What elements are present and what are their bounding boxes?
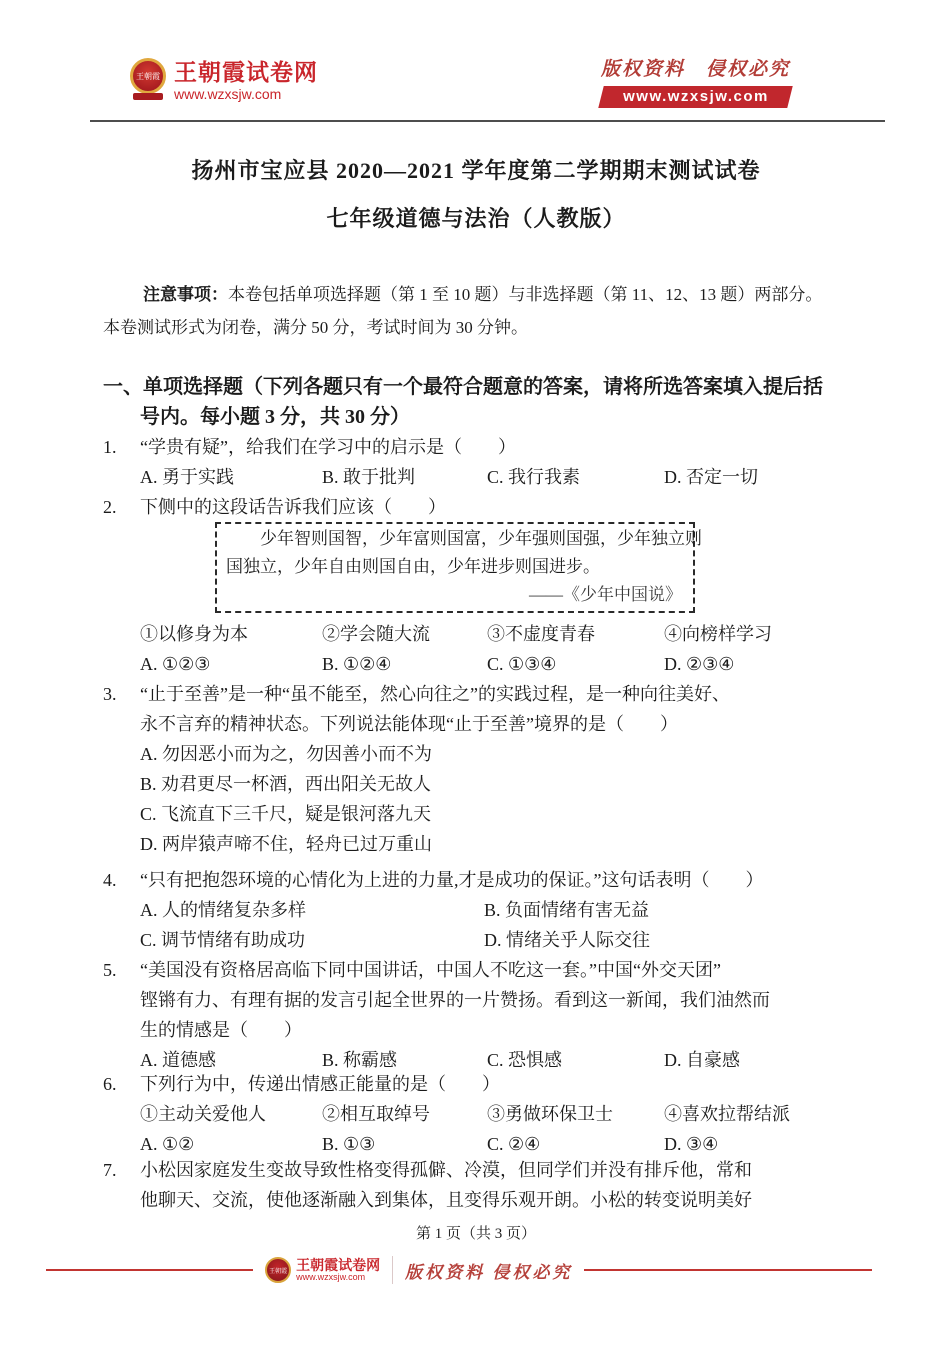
footer-logo: 王朝霞 王朝霞试卷网 www.wzxsjw.com xyxy=(265,1257,380,1283)
question-5-stem-line-2: 铿锵有力、有理有据的发言引起全世界的一片赞扬。看到这一新闻，我们油然而 xyxy=(103,985,875,1015)
quote-line-2: 国独立，少年自由则国自由，少年进步则国进步。 xyxy=(226,553,684,581)
footer-rule-right xyxy=(584,1269,872,1271)
section-1-heading: 一、单项选择题（下列各题只有一个最符合题意的答案，请将所选答案填入提后括 号内。… xyxy=(103,372,875,432)
notice-label: 注意事项： xyxy=(143,285,228,304)
footer-site-name: 王朝霞试卷网 xyxy=(296,1258,380,1273)
question-7-stem-line-2: 他聊天、交流，使他逐渐融入到集体，且变得乐观开朗。小松的转变说明美好 xyxy=(103,1185,875,1215)
question-7-stem: 7. 小松因家庭发生变故导致性格变得孤僻、冷漠，但同学们并没有排斥他，常和 xyxy=(103,1155,875,1185)
footer-site-url: www.wzxsjw.com xyxy=(296,1273,380,1282)
option-b: B. 负面情绪有害无益 xyxy=(484,895,875,925)
item-4: ④喜欢拉帮结派 xyxy=(664,1099,875,1129)
question-1-stem: 1. “学贵有疑”，给我们在学习中的启示是（ ） xyxy=(103,432,875,462)
question-2-items: ①以修身为本 ②学会随大流 ③不虚度青春 ④向榜样学习 xyxy=(103,619,875,649)
option-d: D. 否定一切 xyxy=(664,462,875,492)
question-2-options: A. ①②③ B. ①②④ C. ①③④ D. ②③④ xyxy=(103,649,875,679)
option-c: C. 我行我素 xyxy=(487,462,664,492)
option-a: A. ①②③ xyxy=(140,649,322,679)
option-d: D. 情绪关乎人际交往 xyxy=(484,925,875,955)
question-number: 7. xyxy=(103,1155,140,1185)
question-number: 3. xyxy=(103,679,140,709)
option-c: C. 恐惧感 xyxy=(487,1045,664,1075)
question-4-options-row-2: C. 调节情绪有助成功 D. 情绪关乎人际交往 xyxy=(103,925,875,955)
question-6-items: ①主动关爱他人 ②相互取绰号 ③勇做环保卫士 ④喜欢拉帮结派 xyxy=(103,1099,875,1129)
item-1: ①以修身为本 xyxy=(140,619,322,649)
question-number: 2. xyxy=(103,492,140,522)
quote-box: 少年智则国智，少年富则国富，少年强则国强，少年独立则 国独立，少年自由则国自由，… xyxy=(215,522,695,613)
url-banner: www.wzxsjw.com xyxy=(598,86,793,108)
copyright-slogan: 版权资料 侵权必究 xyxy=(601,54,790,81)
question-number: 4. xyxy=(103,865,140,895)
question-2-stem: 2. 下侧中的这段话告诉我们应该（ ） xyxy=(103,492,875,522)
question-5-stem: 5. “美国没有资格居高临下同中国讲话，中国人不吃这一套。”中国“外交天团” xyxy=(103,955,875,985)
question-1-options: A. 勇于实践 B. 敢于批判 C. 我行我素 D. 否定一切 xyxy=(103,462,875,492)
question-3-stem-line-2: 永不言弃的精神状态。下列说法能体现“止于至善”境界的是（ ） xyxy=(103,709,875,739)
brand-seal-icon: 王朝霞 xyxy=(265,1257,291,1283)
header-right: 版权资料 侵权必究 www.wzxsjw.com xyxy=(601,54,790,108)
notice-line-1: 注意事项：本卷包括单项选择题（第 1 至 10 题）与非选择题（第 11、12、… xyxy=(103,278,873,311)
option-c: C. ①③④ xyxy=(487,649,664,679)
question-4: 4. “只有把抱怨环境的心情化为上进的力量,才是成功的保证。”这句话表明（ ） … xyxy=(103,865,875,955)
notice-text-1: 本卷包括单项选择题（第 1 至 10 题）与非选择题（第 11、12、13 题）… xyxy=(228,285,822,304)
footer-rule-left xyxy=(46,1269,253,1271)
question-3-options: A. 勿因恶小而为之，勿因善小而不为 B. 劝君更尽一杯酒，西出阳关无故人 C.… xyxy=(103,739,875,859)
page-number: 第 1 页（共 3 页） xyxy=(0,1222,952,1243)
quote-source: ——《少年中国说》 xyxy=(226,581,684,609)
question-5-stem-line-3: 生的情感是（ ） xyxy=(103,1015,875,1045)
option-d: D. 自豪感 xyxy=(664,1045,875,1075)
option-d: D. 两岸猿声啼不住，轻舟已过万重山 xyxy=(103,829,875,859)
option-a: A. 人的情绪复杂多样 xyxy=(140,895,484,925)
seal-ribbon xyxy=(133,93,163,100)
footer-slogan: 版权资料 侵权必究 xyxy=(405,1258,572,1283)
site-logo: 王朝霞 王朝霞试卷网 www.wzxsjw.com xyxy=(130,58,318,104)
question-number: 6. xyxy=(103,1069,140,1099)
footer-logo-text: 王朝霞试卷网 www.wzxsjw.com xyxy=(296,1258,380,1282)
seal-text: 王朝霞 xyxy=(130,58,166,94)
option-c: C. 飞流直下三千尺，疑是银河落九天 xyxy=(103,799,875,829)
item-3: ③不虚度青春 xyxy=(487,619,664,649)
site-name: 王朝霞试卷网 xyxy=(174,60,318,85)
question-1: 1. “学贵有疑”，给我们在学习中的启示是（ ） A. 勇于实践 B. 敢于批判… xyxy=(103,432,875,492)
question-3: 3. “止于至善”是一种“虽不能至，然心向往之”的实践过程，是一种向往美好、 永… xyxy=(103,679,875,859)
item-4: ④向榜样学习 xyxy=(664,619,875,649)
exam-title: 扬州市宝应县 2020—2021 学年度第二学期期末测试试卷 xyxy=(0,154,952,185)
exam-subtitle: 七年级道德与法治（人教版） xyxy=(0,202,952,233)
section-heading-line-2: 号内。每小题 3 分，共 30 分） xyxy=(103,402,875,432)
item-3: ③勇做环保卫士 xyxy=(487,1099,664,1129)
header-divider xyxy=(90,120,885,122)
option-d: D. ②③④ xyxy=(664,649,875,679)
item-1: ①主动关爱他人 xyxy=(140,1099,322,1129)
question-5: 5. “美国没有资格居高临下同中国讲话，中国人不吃这一套。”中国“外交天团” 铿… xyxy=(103,955,875,1075)
question-3-stem: 3. “止于至善”是一种“虽不能至，然心向往之”的实践过程，是一种向往美好、 xyxy=(103,679,875,709)
brand-seal-icon: 王朝霞 xyxy=(130,58,166,104)
option-a: A. 勇于实践 xyxy=(140,462,322,492)
footer-divider xyxy=(392,1256,393,1284)
question-2: 2. 下侧中的这段话告诉我们应该（ ） 少年智则国智，少年富则国富，少年强则国强… xyxy=(103,492,875,679)
question-number: 1. xyxy=(103,432,140,462)
question-6: 6. 下列行为中，传递出情感正能量的是（ ） ①主动关爱他人 ②相互取绰号 ③勇… xyxy=(103,1069,875,1159)
question-number: 5. xyxy=(103,955,140,985)
question-4-stem: 4. “只有把抱怨环境的心情化为上进的力量,才是成功的保证。”这句话表明（ ） xyxy=(103,865,875,895)
option-a: A. 勿因恶小而为之，勿因善小而不为 xyxy=(103,739,875,769)
logo-text: 王朝霞试卷网 www.wzxsjw.com xyxy=(174,60,318,103)
quote-line-1: 少年智则国智，少年富则国富，少年强则国强，少年独立则 xyxy=(226,525,684,553)
page-footer: 王朝霞 王朝霞试卷网 www.wzxsjw.com 版权资料 侵权必究 xyxy=(46,1256,872,1284)
notice-line-2: 本卷测试形式为闭卷，满分 50 分，考试时间为 30 分钟。 xyxy=(103,311,873,344)
option-c: C. 调节情绪有助成功 xyxy=(140,925,484,955)
option-b: B. ①②④ xyxy=(322,649,487,679)
banner-url: www.wzxsjw.com xyxy=(623,88,769,105)
question-area: 一、单项选择题（下列各题只有一个最符合题意的答案，请将所选答案填入提后括 号内。… xyxy=(103,372,875,1215)
option-b: B. 劝君更尽一杯酒，西出阳关无故人 xyxy=(103,769,875,799)
question-7: 7. 小松因家庭发生变故导致性格变得孤僻、冷漠，但同学们并没有排斥他，常和 他聊… xyxy=(103,1155,875,1215)
question-4-options-row-1: A. 人的情绪复杂多样 B. 负面情绪有害无益 xyxy=(103,895,875,925)
site-url: www.wzxsjw.com xyxy=(174,87,318,102)
section-heading-line-1: 一、单项选择题（下列各题只有一个最符合题意的答案，请将所选答案填入提后括 xyxy=(103,372,875,402)
option-b: B. 敢于批判 xyxy=(322,462,487,492)
item-2: ②学会随大流 xyxy=(322,619,487,649)
exam-notice: 注意事项：本卷包括单项选择题（第 1 至 10 题）与非选择题（第 11、12、… xyxy=(103,278,873,344)
item-2: ②相互取绰号 xyxy=(322,1099,487,1129)
